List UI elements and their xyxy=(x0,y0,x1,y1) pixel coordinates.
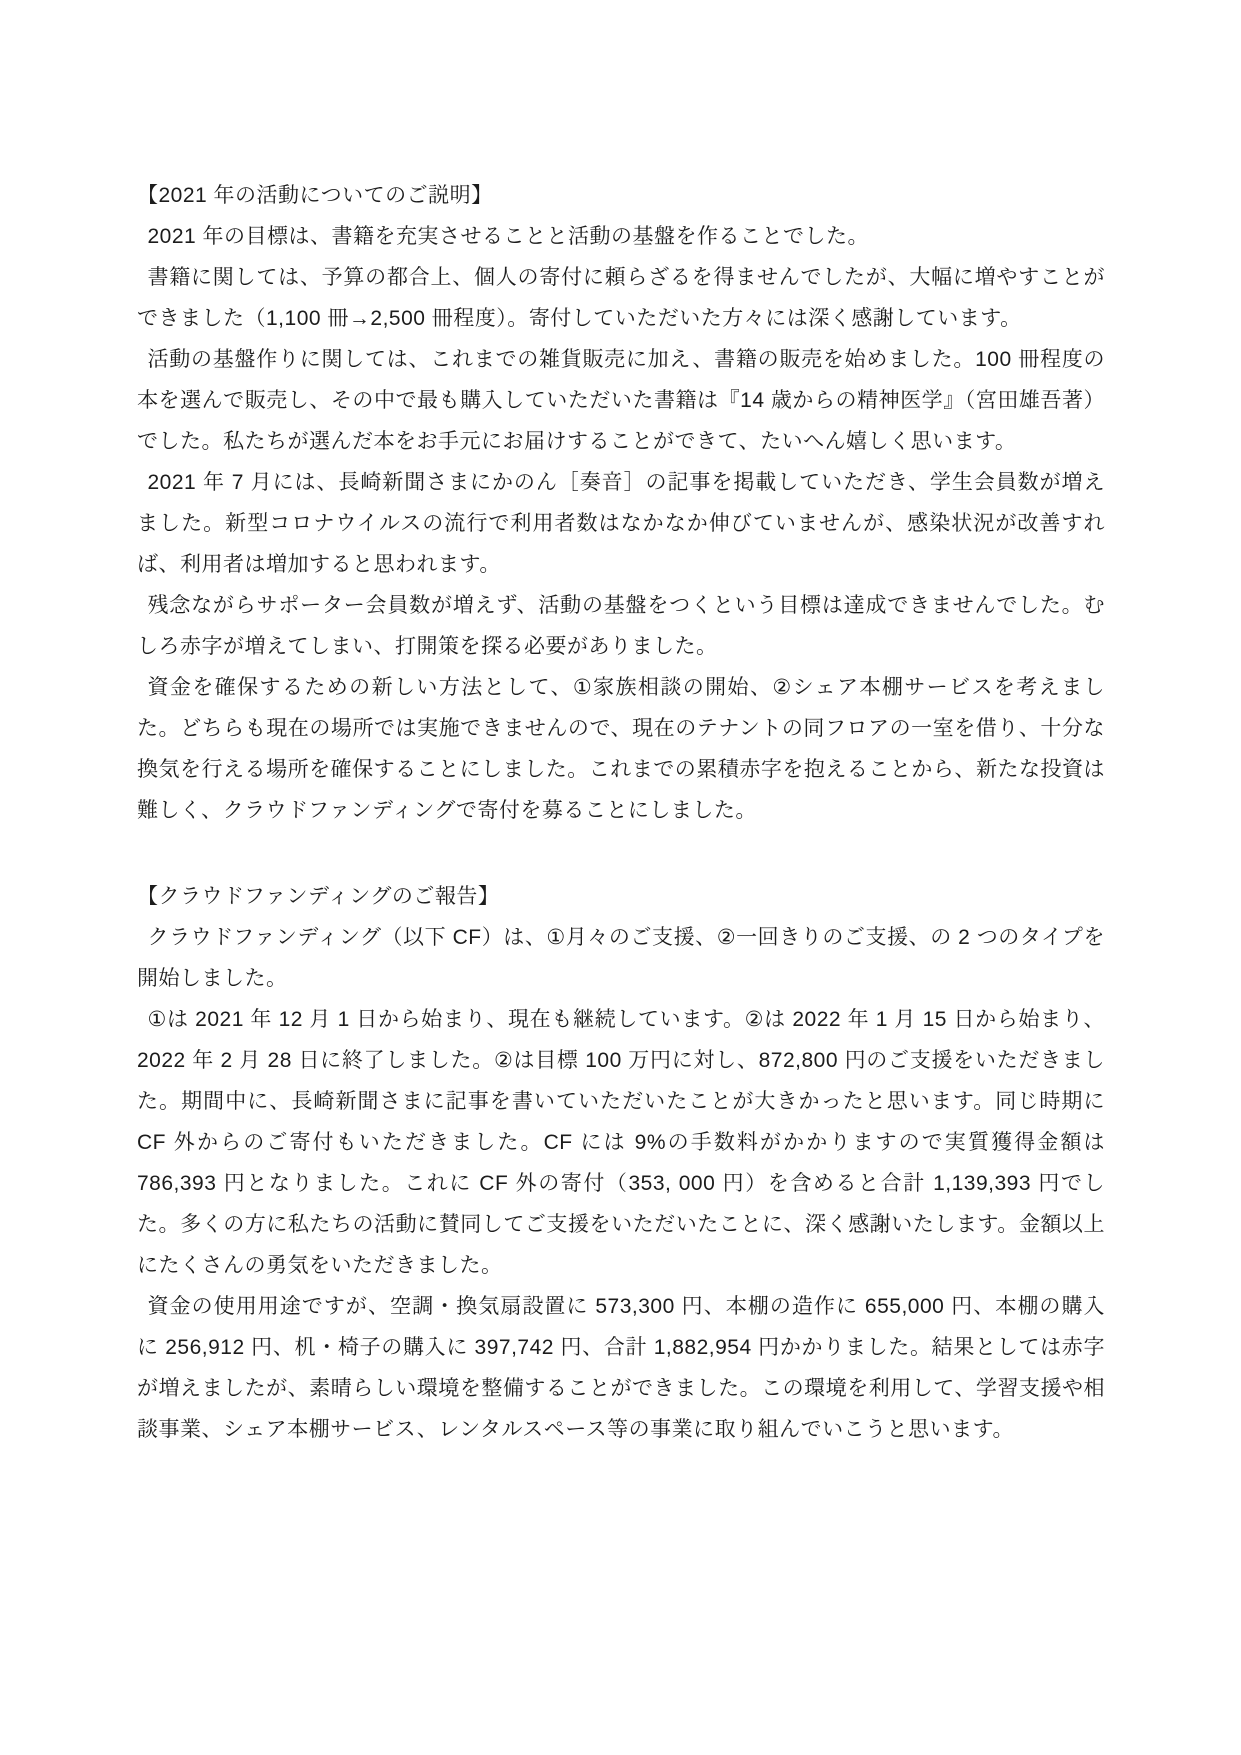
paragraph: 残念ながらサポーター会員数が増えず、活動の基盤をつくという目標は達成できませんで… xyxy=(137,585,1105,667)
paragraph: 活動の基盤作りに関しては、これまでの雑貨販売に加え、書籍の販売を始めました。10… xyxy=(137,339,1105,462)
paragraph: 資金を確保するための新しい方法として、①家族相談の開始、②シェア本棚サービスを考… xyxy=(137,667,1105,831)
section-heading-2021-activities: 【2021 年の活動についてのご説明】 xyxy=(137,175,1105,216)
document-text-block: 【2021 年の活動についてのご説明】 2021 年の目標は、書籍を充実させるこ… xyxy=(137,175,1105,1450)
paragraph: ①は 2021 年 12 月 1 日から始まり、現在も継続しています。②は 20… xyxy=(137,999,1105,1286)
section-heading-crowdfunding-report: 【クラウドファンディングのご報告】 xyxy=(137,876,1105,917)
paragraph: クラウドファンディング（以下 CF）は、①月々のご支援、②一回きりのご支援、の … xyxy=(137,917,1105,999)
paragraph: 2021 年 7 月には、長崎新聞さまにかのん［奏音］の記事を掲載していただき、… xyxy=(137,462,1105,585)
paragraph: 資金の使用用途ですが、空調・換気扇設置に 573,300 円、本棚の造作に 65… xyxy=(137,1286,1105,1450)
paragraph: 書籍に関しては、予算の都合上、個人の寄付に頼らざるを得ませんでしたが、大幅に増や… xyxy=(137,257,1105,339)
paragraph: 2021 年の目標は、書籍を充実させることと活動の基盤を作ることでした。 xyxy=(137,216,1105,257)
document-page: 【2021 年の活動についてのご説明】 2021 年の目標は、書籍を充実させるこ… xyxy=(0,0,1241,1755)
